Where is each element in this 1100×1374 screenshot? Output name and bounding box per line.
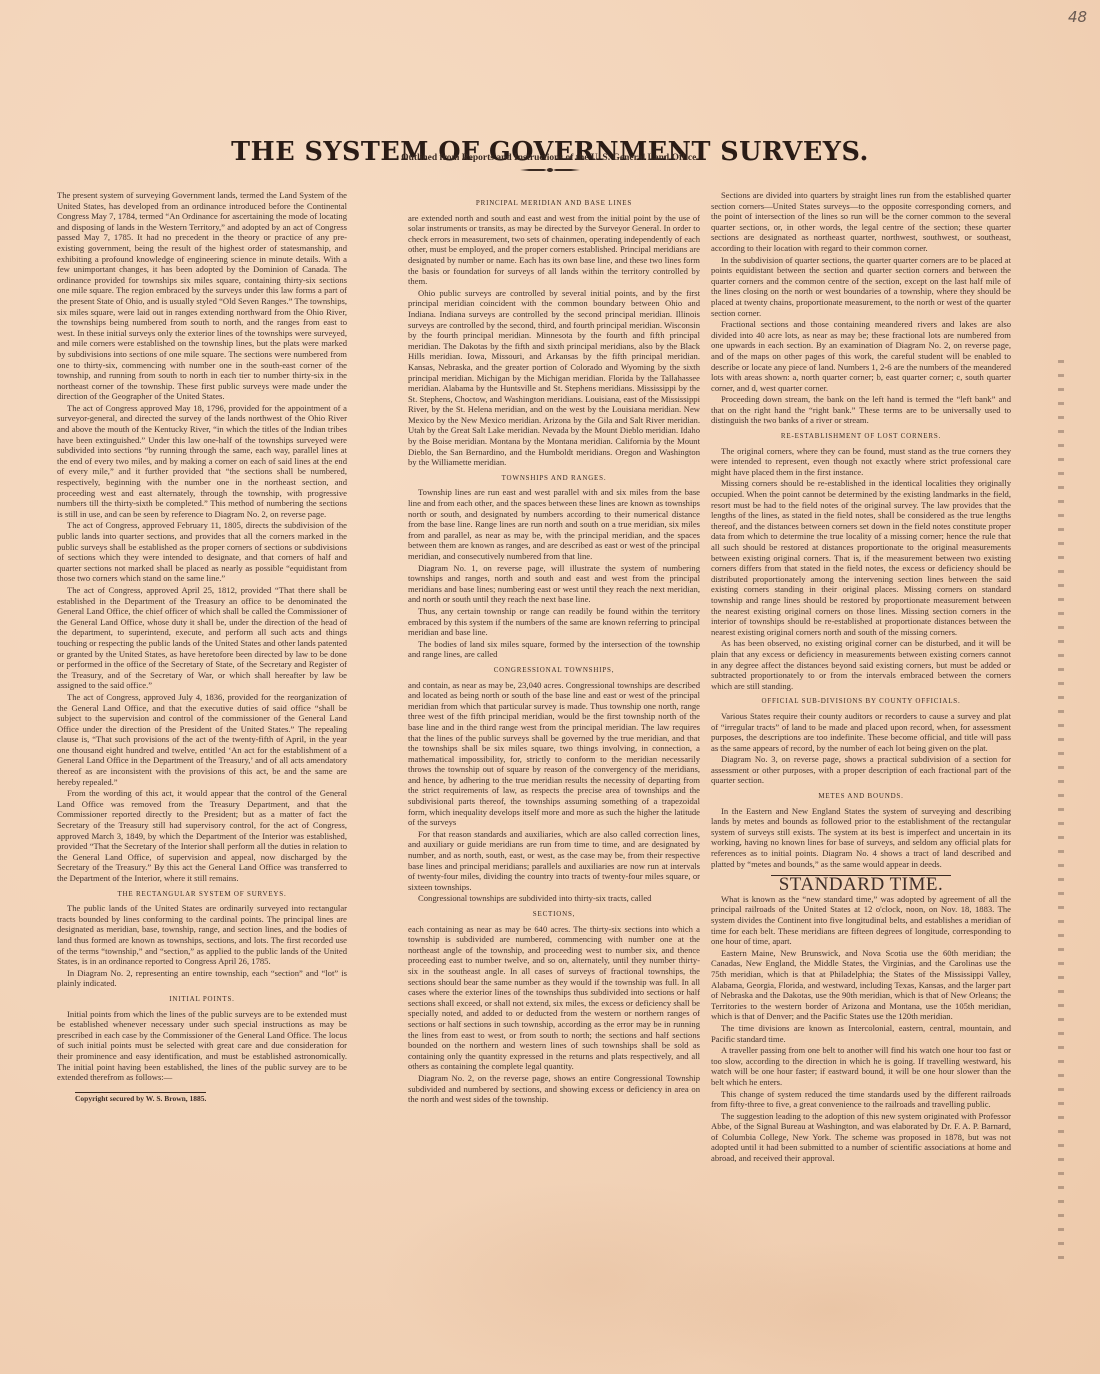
paragraph: Township lines are run east and west par…: [408, 487, 700, 561]
paragraph: This change of system reduced the time s…: [711, 1089, 1011, 1110]
section-heading-lost-corners: RE-ESTABLISHMENT OF LOST CORNERS.: [711, 431, 1011, 442]
paragraph: For that reason standards and auxiliarie…: [408, 829, 700, 893]
paragraph: A traveller passing from one belt to ano…: [711, 1045, 1011, 1087]
paragraph: Initial points from which the lines of t…: [57, 1009, 347, 1083]
paper-stain: [380, 1180, 800, 1374]
paragraph: Ohio public surveys are controlled by se…: [408, 288, 700, 468]
page-number: 48: [1068, 8, 1087, 26]
binding-edge-marks: [1058, 360, 1064, 1260]
section-heading-metes-bounds: METES AND BOUNDS.: [711, 791, 1011, 802]
paragraph: Fractional sections and those containing…: [711, 319, 1011, 393]
section-heading-principal-meridian: PRINCIPAL MERIDIAN AND BASE LINES: [408, 198, 700, 209]
paragraph: Sections are divided into quarters by st…: [711, 190, 1011, 254]
paragraph: Diagram No. 2, on the reverse page, show…: [408, 1073, 700, 1105]
paragraph: In Diagram No. 2, representing an entire…: [57, 968, 347, 989]
paragraph: Diagram No. 1, on reverse page, will ill…: [408, 563, 700, 605]
paragraph: The bodies of land six miles square, for…: [408, 639, 700, 660]
paragraph: each containing as near as may be 640 ac…: [408, 924, 700, 1072]
paragraph: The act of Congress, approved April 25, …: [57, 585, 347, 691]
paragraph: Eastern Maine, New Brunswick, and Nova S…: [711, 948, 1011, 1022]
page-subtitle: Outlined from Reports and Instructions o…: [0, 153, 1100, 163]
paragraph: As has been observed, no existing origin…: [711, 638, 1011, 691]
section-heading-rectangular: THE RECTANGULAR SYSTEM OF SURVEYS.: [57, 889, 347, 900]
section-heading-official-subdivisions: OFFICIAL SUB-DIVISIONS BY COUNTY OFFICIA…: [711, 696, 1011, 707]
paragraph: Congressional townships are subdivided i…: [408, 893, 700, 904]
paragraph: are extended north and south and east an…: [408, 213, 700, 287]
column-1: The present system of surveying Governme…: [57, 190, 347, 1104]
column-2: PRINCIPAL MERIDIAN AND BASE LINES are ex…: [408, 198, 700, 1106]
section-heading-standard-time: STANDARD TIME.: [771, 875, 951, 891]
paragraph: The public lands of the United States ar…: [57, 903, 347, 967]
section-heading-townships-ranges: TOWNSHIPS AND RANGES.: [408, 473, 700, 484]
paragraph: Proceeding down stream, the bank on the …: [711, 394, 1011, 426]
copyright-notice: Copyright secured by W. S. Brown, 1885.: [75, 1092, 206, 1105]
paragraph: Diagram No. 3, on reverse page, shows a …: [711, 754, 1011, 786]
paragraph: What is known as the “new standard time,…: [711, 894, 1011, 947]
paragraph: The suggestion leading to the adoption o…: [711, 1111, 1011, 1164]
column-3: Sections are divided into quarters by st…: [711, 190, 1011, 1165]
paragraph: From the wording of this act, it would a…: [57, 788, 347, 883]
paragraph: The act of Congress approved May 18, 179…: [57, 403, 347, 520]
paragraph: Thus, any certain township or range can …: [408, 606, 700, 638]
section-heading-initial-points: INITIAL POINTS.: [57, 994, 347, 1005]
section-heading-congressional-townships: CONGRESSIONAL TOWNSHIPS,: [408, 665, 700, 676]
paragraph: The time divisions are known as Intercol…: [711, 1023, 1011, 1044]
ornament-divider: [520, 168, 580, 172]
paragraph: The act of Congress, approved July 4, 18…: [57, 692, 347, 787]
paragraph: The act of Congress, approved February 1…: [57, 520, 347, 584]
paragraph: The original corners, where they can be …: [711, 446, 1011, 478]
paragraph: In the subdivision of quarter sections, …: [711, 255, 1011, 319]
paragraph: Missing corners should be re-established…: [711, 478, 1011, 637]
paragraph: and contain, as near as may be, 23,040 a…: [408, 680, 700, 828]
paragraph: The present system of surveying Governme…: [57, 190, 347, 402]
section-heading-sections: SECTIONS,: [408, 909, 700, 920]
paragraph: Various States require their county audi…: [711, 711, 1011, 753]
paper-stain: [640, 1240, 1020, 1374]
paragraph: In the Eastern and New England States th…: [711, 806, 1011, 870]
